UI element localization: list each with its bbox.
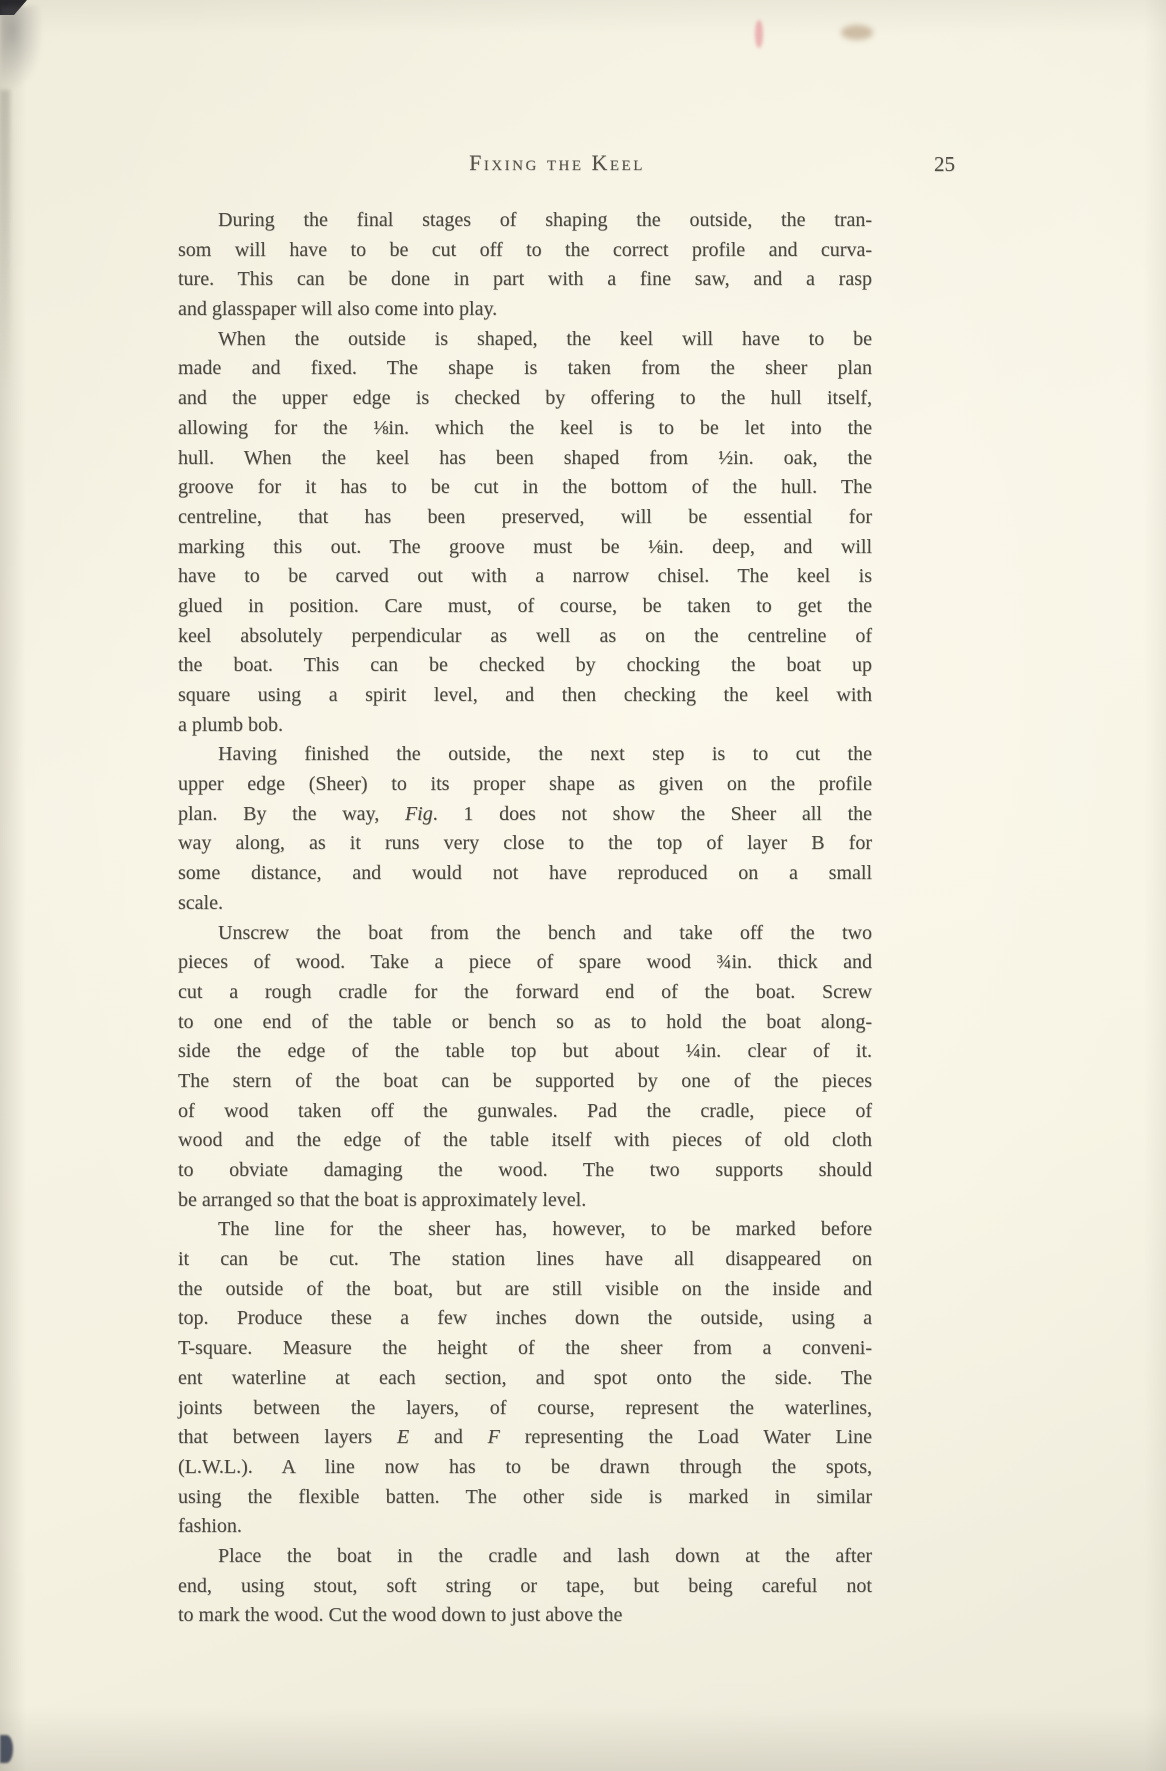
text-line: square using a spirit level, and then ch… [178, 681, 872, 711]
body-text: During the final stages of shaping the o… [178, 206, 872, 1631]
text-line: upper edge (Sheer) to its proper shape a… [178, 770, 872, 800]
text-line: fashion. [178, 1512, 872, 1542]
text-line: ture. This can be done in part with a fi… [178, 265, 872, 295]
text-line: a plumb bob. [178, 711, 872, 741]
text-line: keel absolutely perpendicular as well as… [178, 622, 872, 652]
text-line: the boat. This can be checked by chockin… [178, 651, 872, 681]
text-line: When the outside is shaped, the keel wil… [178, 325, 872, 355]
text-line: Having finished the outside, the next st… [178, 740, 872, 770]
text-line: marking this out. The groove must be ⅛in… [178, 533, 872, 563]
text-line: some distance, and would not have reprod… [178, 859, 872, 889]
text-line: way along, as it runs very close to the … [178, 829, 872, 859]
text-line: to mark the wood. Cut the wood down to j… [178, 1601, 872, 1631]
text-line: glued in position. Care must, of course,… [178, 592, 872, 622]
scan-edge-streak [0, 90, 10, 390]
text-line: to obviate damaging the wood. The two su… [178, 1156, 872, 1186]
text-line: have to be carved out with a narrow chis… [178, 562, 872, 592]
scan-corner-mark-top-left [0, 0, 27, 15]
text-line: scale. [178, 889, 872, 919]
text-line: plan. By the way, Fig. 1 does not show t… [178, 800, 872, 830]
text-line: T-square. Measure the height of the shee… [178, 1334, 872, 1364]
text-line: using the flexible batten. The other sid… [178, 1483, 872, 1513]
text-line: Unscrew the boat from the bench and take… [178, 919, 872, 949]
text-line: groove for it has to be cut in the botto… [178, 473, 872, 503]
text-line: top. Produce these a few inches down the… [178, 1304, 872, 1334]
text-line: end, using stout, soft string or tape, b… [178, 1572, 872, 1602]
text-line: and glasspaper will also come into play. [178, 295, 872, 325]
text-line: wood and the edge of the table itself wi… [178, 1126, 872, 1156]
text-line: side the edge of the table top but about… [178, 1037, 872, 1067]
text-line: made and fixed. The shape is taken from … [178, 354, 872, 384]
text-line: (L.W.L.). A line now has to be drawn thr… [178, 1453, 872, 1483]
scan-corner-mark-bottom-left [0, 1735, 13, 1763]
text-line: pieces of wood. Take a piece of spare wo… [178, 948, 872, 978]
text-line: allowing for the ⅛in. which the keel is … [178, 414, 872, 444]
text-line: that between layers E and F representing… [178, 1423, 872, 1453]
text-line: the outside of the boat, but are still v… [178, 1275, 872, 1305]
stain-mark [841, 25, 873, 40]
text-line: centreline, that has been preserved, wil… [178, 503, 872, 533]
text-line: The stern of the boat can be supported b… [178, 1067, 872, 1097]
text-line: to one end of the table or bench so as t… [178, 1008, 872, 1038]
text-line: The line for the sheer has, however, to … [178, 1215, 872, 1245]
text-line: During the final stages of shaping the o… [178, 206, 872, 236]
running-head: Fixing the Keel [178, 150, 872, 176]
text-line: be arranged so that the boat is approxim… [178, 1186, 872, 1216]
scan-smudge-top-left [0, 6, 44, 92]
book-page-scan: Fixing the Keel 25 During the final stag… [0, 0, 1166, 1771]
text-line: ent waterline at each section, and spot … [178, 1364, 872, 1394]
pink-ink-mark [755, 20, 763, 48]
text-line: som will have to be cut off to the corre… [178, 236, 872, 266]
text-line: Place the boat in the cradle and lash do… [178, 1542, 872, 1572]
text-line: it can be cut. The station lines have al… [178, 1245, 872, 1275]
text-line: hull. When the keel has been shaped from… [178, 444, 872, 474]
text-line: joints between the layers, of course, re… [178, 1394, 872, 1424]
chapter-title: Fixing the Keel [469, 150, 645, 176]
text-line: and the upper edge is checked by offerin… [178, 384, 872, 414]
text-line: cut a rough cradle for the forward end o… [178, 978, 872, 1008]
page-number: 25 [934, 152, 955, 177]
text-line: of wood taken off the gunwales. Pad the … [178, 1097, 872, 1127]
